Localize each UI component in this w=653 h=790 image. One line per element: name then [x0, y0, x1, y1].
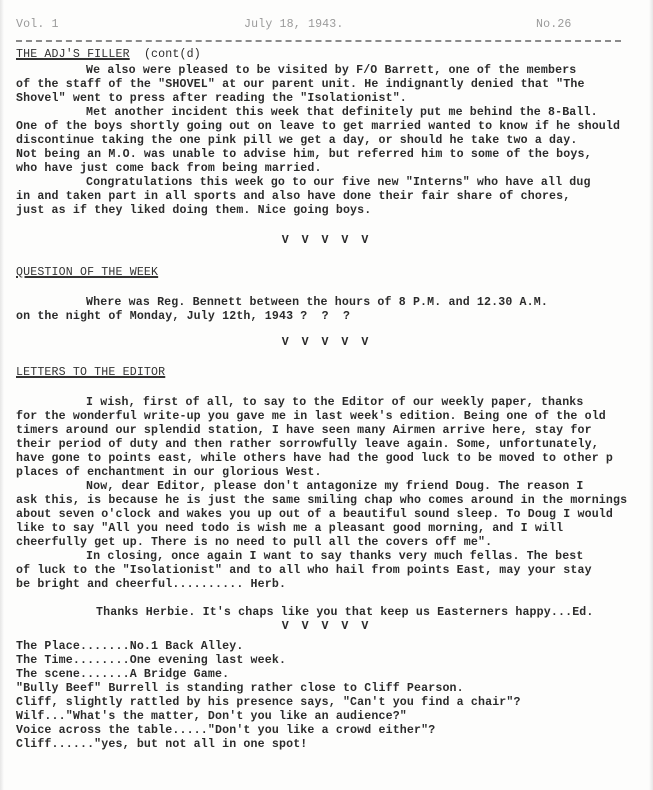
paragraph-line: We also were pleased to be visited by F/… — [86, 64, 576, 78]
paragraph-line: for the wonderful write-up you gave me i… — [16, 410, 606, 424]
paragraph-line: be bright and cheerful.......... Herb. — [16, 578, 286, 592]
paragraph-line: discontinue taking the one pink pill we … — [16, 134, 577, 148]
section-heading-question-of-week: QUESTION OF THE WEEK — [16, 266, 158, 280]
paragraph-line: have gone to points east, while others h… — [16, 452, 613, 466]
paragraph-line: their period of duty and then rather sor… — [16, 438, 599, 452]
section-separator: V V V V V — [0, 234, 653, 248]
masthead-volume: Vol. 1 — [16, 18, 59, 32]
skit-line: The Place.......No.1 Back Alley. — [16, 640, 243, 654]
newsletter-page: Vol. 1 July 18, 1943. No.26 THE ADJ'S FI… — [0, 0, 653, 790]
paragraph-line: places of enchantment in our glorious We… — [16, 466, 322, 480]
section-heading-letters-to-editor: LETTERS TO THE EDITOR — [16, 366, 165, 380]
editor-reply: Thanks Herbie. It's chaps like you that … — [96, 606, 594, 620]
skit-line: "Bully Beef" Burrell is standing rather … — [16, 682, 464, 696]
heading-text: THE ADJ'S FILLER — [16, 48, 130, 61]
masthead-divider — [16, 40, 621, 42]
paragraph-line: Congratulations this week go to our five… — [86, 176, 591, 190]
paragraph-line: timers around our splendid station, I ha… — [16, 424, 592, 438]
paragraph-line: of luck to the "Isolationist" and to all… — [16, 564, 592, 578]
heading-suffix: (cont(d) — [144, 48, 201, 61]
paragraph-line: Now, dear Editor, please don't antagoniz… — [86, 480, 584, 494]
masthead-issue-number: No.26 — [536, 18, 572, 32]
skit-line: Cliff......"yes, but not all in one spot… — [16, 738, 307, 752]
page-edge-shadow — [649, 0, 653, 790]
section-separator: V V V V V — [0, 620, 653, 634]
skit-line: Cliff, slightly rattled by his presence … — [16, 696, 521, 710]
skit-line: The Time........One evening last week. — [16, 654, 286, 668]
paragraph-line: Not being an M.O. was unable to advise h… — [16, 148, 592, 162]
paragraph-line: like to say "All you need todo is wish m… — [16, 522, 563, 536]
masthead-date: July 18, 1943. — [244, 18, 344, 32]
paragraph-line: just as if they liked doing them. Nice g… — [16, 204, 371, 218]
paragraph-line: of the staff of the "SHOVEL" at our pare… — [16, 78, 585, 92]
paragraph-line: Where was Reg. Bennett between the hours… — [86, 296, 548, 310]
paragraph-line: about seven o'clock and wakes you up out… — [16, 508, 613, 522]
paragraph-line: I wish, first of all, to say to the Edit… — [86, 396, 584, 410]
paragraph-line: In closing, once again I want to say tha… — [86, 550, 584, 564]
paragraph-line: ask this, is because he is just the same… — [16, 494, 627, 508]
paragraph-line: on the night of Monday, July 12th, 1943 … — [16, 310, 350, 324]
page-edge-shadow — [0, 0, 4, 790]
section-separator: V V V V V — [0, 336, 653, 350]
skit-line: The scene.......A Bridge Game. — [16, 668, 229, 682]
skit-line: Wilf..."What's the matter, Don't you lik… — [16, 710, 407, 724]
paragraph-line: Met another incident this week that defi… — [86, 106, 598, 120]
paragraph-line: who have just come back from being marri… — [16, 162, 322, 176]
paragraph-line: Shovel" went to press after reading the … — [16, 92, 407, 106]
section-heading-adj-filler: THE ADJ'S FILLER (cont(d) — [16, 48, 201, 62]
paragraph-line: in and taken part in all sports and also… — [16, 190, 570, 204]
paragraph-line: cheerfully get up. There is no need to p… — [16, 536, 492, 550]
skit-line: Voice across the table....."Don't you li… — [16, 724, 435, 738]
paragraph-line: One of the boys shortly going out on lea… — [16, 120, 620, 134]
